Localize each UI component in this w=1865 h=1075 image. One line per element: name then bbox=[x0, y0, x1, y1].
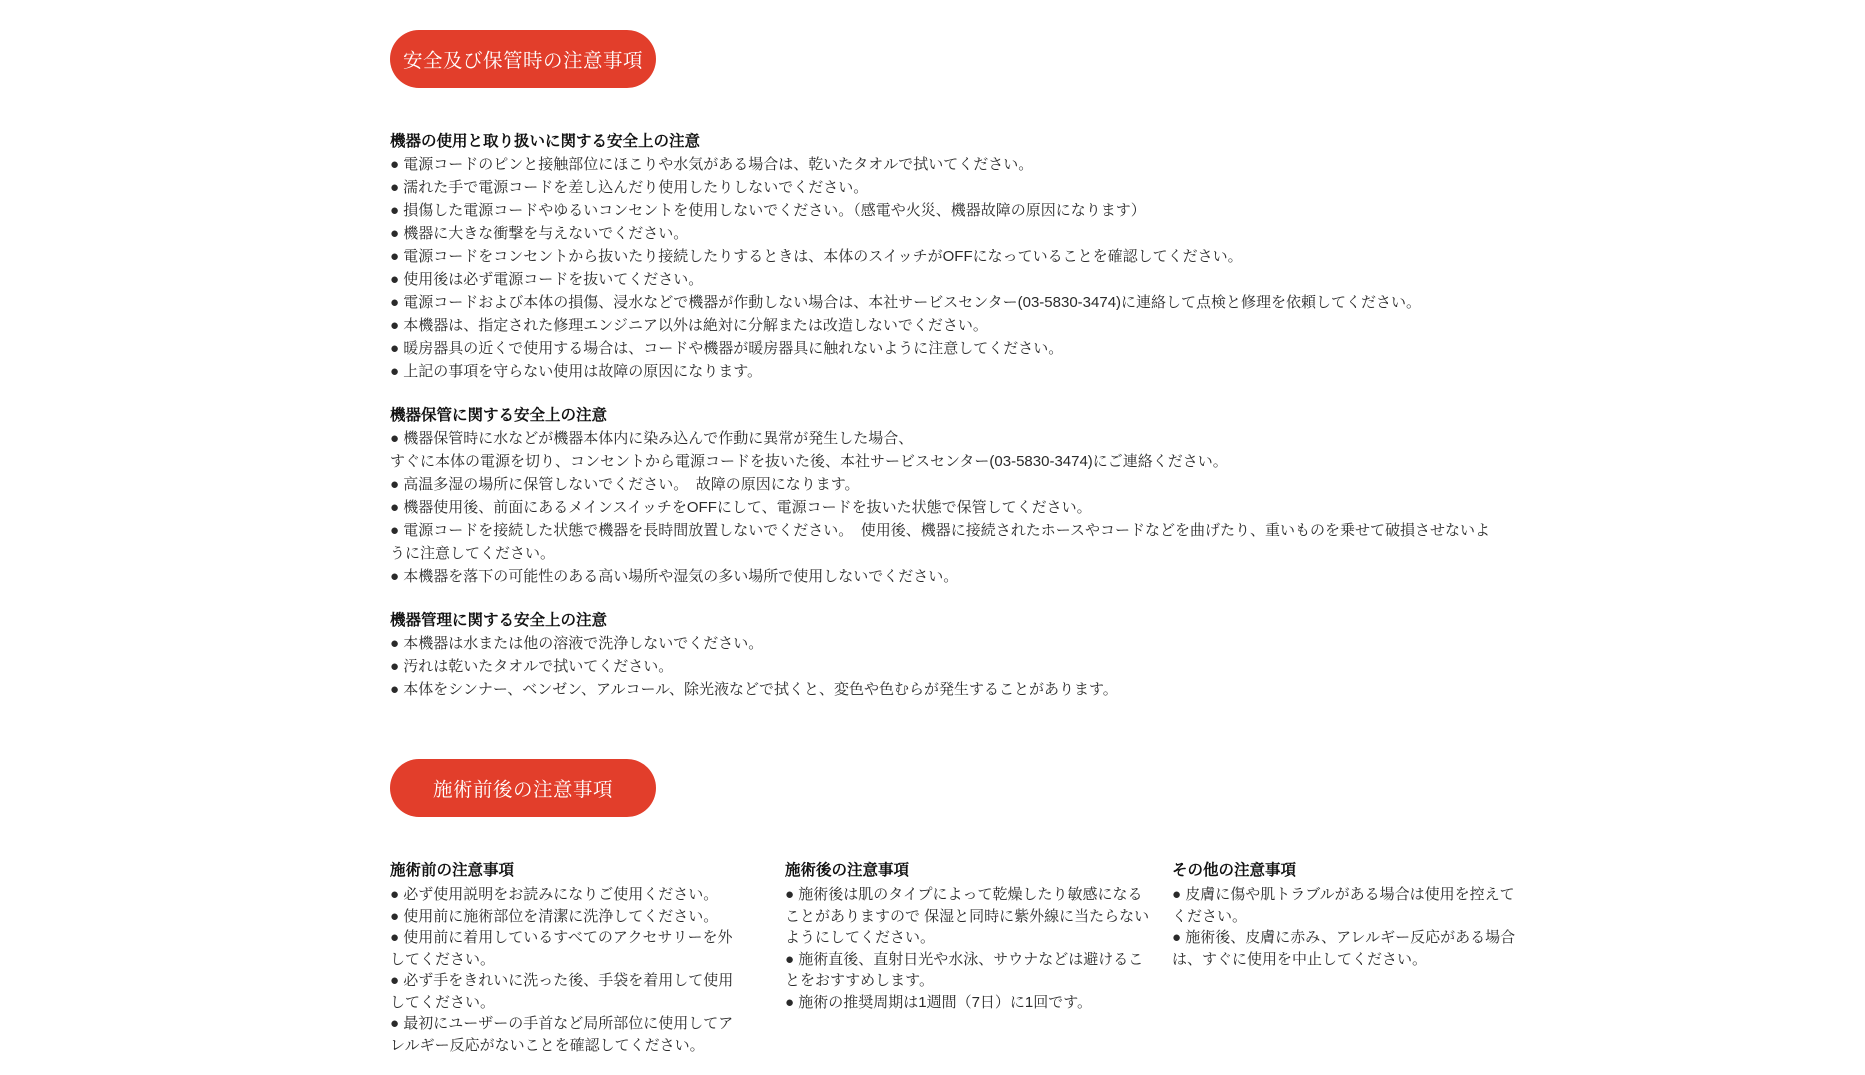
bullet-item: ● 暖房器具の近くで使用する場合は、コードや機器が暖房器具に触れないように注意し… bbox=[390, 337, 1490, 360]
treatment-section-badge: 施術前後の注意事項 bbox=[390, 759, 656, 817]
column-heading: 施術後の注意事項 bbox=[785, 859, 1153, 882]
safety-group: 機器管理に関する安全上の注意● 本機器は水または他の溶液で洗浄しないでください。… bbox=[390, 609, 1490, 701]
treatment-column: 施術後の注意事項● 施術後は肌のタイプによって乾燥したり敏感になることがあります… bbox=[785, 859, 1153, 1013]
bullet-item: ● 高温多湿の場所に保管しないでください。 故障の原因になります。 bbox=[390, 473, 1490, 496]
bullet-item: ● 損傷した電源コードやゆるいコンセントを使用しないでください。（感電や火災、機… bbox=[390, 199, 1490, 222]
bullet-item: ● 電源コードをコンセントから抜いたり接続したりするときは、本体のスイッチがOF… bbox=[390, 245, 1490, 268]
bullet-item: ● 本体をシンナー、ベンゼン、アルコール、除光液などで拭くと、変色や色むらが発生… bbox=[390, 678, 1490, 701]
group-heading: 機器管理に関する安全上の注意 bbox=[390, 609, 1490, 632]
content: 安全及び保管時の注意事項 機器の使用と取り扱いに関する安全上の注意● 電源コード… bbox=[390, 30, 1520, 1075]
bullet-item: ● 必ず手をきれいに洗った後、手袋を着用して使用してください。 bbox=[390, 970, 737, 1013]
bullet-item: ● 汚れは乾いたタオルで拭いてください。 bbox=[390, 655, 1490, 678]
bullet-item: ● 施術後は肌のタイプによって乾燥したり敏感になることがありますので 保湿と同時… bbox=[785, 884, 1153, 949]
bullet-item: ● 機器保管時に水などが機器本体内に染み込んで作動に異常が発生した場合、 すぐに… bbox=[390, 427, 1490, 473]
safety-group: 機器の使用と取り扱いに関する安全上の注意● 電源コードのピンと接触部位にほこりや… bbox=[390, 130, 1490, 383]
treatment-columns: 施術前の注意事項● 必ず使用説明をお読みになりご使用ください。● 使用前に施術部… bbox=[390, 859, 1520, 1075]
bullet-item: ● 機器に大きな衝撃を与えないでください。 bbox=[390, 222, 1490, 245]
bullet-item: ● 使用前に着用しているすべてのアクセサリーを外してください。 bbox=[390, 927, 737, 970]
bullet-item: ● 使用後は必ず電源コードを抜いてください。 bbox=[390, 268, 1490, 291]
bullet-item: ● 機器使用後、前面にあるメインスイッチをOFFにして、電源コードを抜いた状態で… bbox=[390, 496, 1490, 519]
bullet-item: ● 施術直後、直射日光や水泳、サウナなどは避けることをおすすめします。 bbox=[785, 949, 1153, 992]
bullet-item: ● 本機器は水または他の溶液で洗浄しないでください。 bbox=[390, 632, 1490, 655]
bullet-item: ● 施術後、皮膚に赤み、アレルギー反応がある場合は、すぐに使用を中止してください… bbox=[1172, 927, 1517, 970]
column-heading: 施術前の注意事項 bbox=[390, 859, 737, 882]
page: 安全及び保管時の注意事項 機器の使用と取り扱いに関する安全上の注意● 電源コード… bbox=[0, 0, 1865, 1075]
bullet-item: ● 本機器を落下の可能性のある高い場所や湿気の多い場所で使用しないでください。 bbox=[390, 565, 1490, 588]
safety-groups: 機器の使用と取り扱いに関する安全上の注意● 電源コードのピンと接触部位にほこりや… bbox=[390, 130, 1490, 701]
treatment-column: 施術前の注意事項● 必ず使用説明をお読みになりご使用ください。● 使用前に施術部… bbox=[390, 859, 737, 1056]
bullet-item: ● 皮膚に傷や肌トラブルがある場合は使用を控えてください。 bbox=[1172, 884, 1517, 927]
bullet-item: ● 上記の事項を守らない使用は故障の原因になります。 bbox=[390, 360, 1490, 383]
safety-group: 機器保管に関する安全上の注意● 機器保管時に水などが機器本体内に染み込んで作動に… bbox=[390, 404, 1490, 588]
bullet-item: ● 電源コードを接続した状態で機器を長時間放置しないでください。 使用後、機器に… bbox=[390, 519, 1490, 565]
group-heading: 機器保管に関する安全上の注意 bbox=[390, 404, 1490, 427]
bullet-item: ● 電源コードおよび本体の損傷、浸水などで機器が作動しない場合は、本社サービスセ… bbox=[390, 291, 1490, 314]
safety-section-badge: 安全及び保管時の注意事項 bbox=[390, 30, 656, 88]
column-heading: その他の注意事項 bbox=[1172, 859, 1517, 882]
bullet-item: ● 濡れた手で電源コードを差し込んだり使用したりしないでください。 bbox=[390, 176, 1490, 199]
group-heading: 機器の使用と取り扱いに関する安全上の注意 bbox=[390, 130, 1490, 153]
bullet-item: ● 施術の推奨周期は1週間（7日）に1回です。 bbox=[785, 992, 1153, 1014]
treatment-column: その他の注意事項● 皮膚に傷や肌トラブルがある場合は使用を控えてください。● 施… bbox=[1172, 859, 1517, 970]
bullet-item: ● 使用前に施術部位を清潔に洗浄してください。 bbox=[390, 906, 737, 928]
bullet-item: ● 電源コードのピンと接触部位にほこりや水気がある場合は、乾いたタオルで拭いてく… bbox=[390, 153, 1490, 176]
bullet-item: ● 本機器は、指定された修理エンジニア以外は絶対に分解または改造しないでください… bbox=[390, 314, 1490, 337]
bullet-item: ● 必ず使用説明をお読みになりご使用ください。 bbox=[390, 884, 737, 906]
bullet-item: ● 最初にユーザーの手首など局所部位に使用してアレルギー反応がないことを確認して… bbox=[390, 1013, 737, 1056]
